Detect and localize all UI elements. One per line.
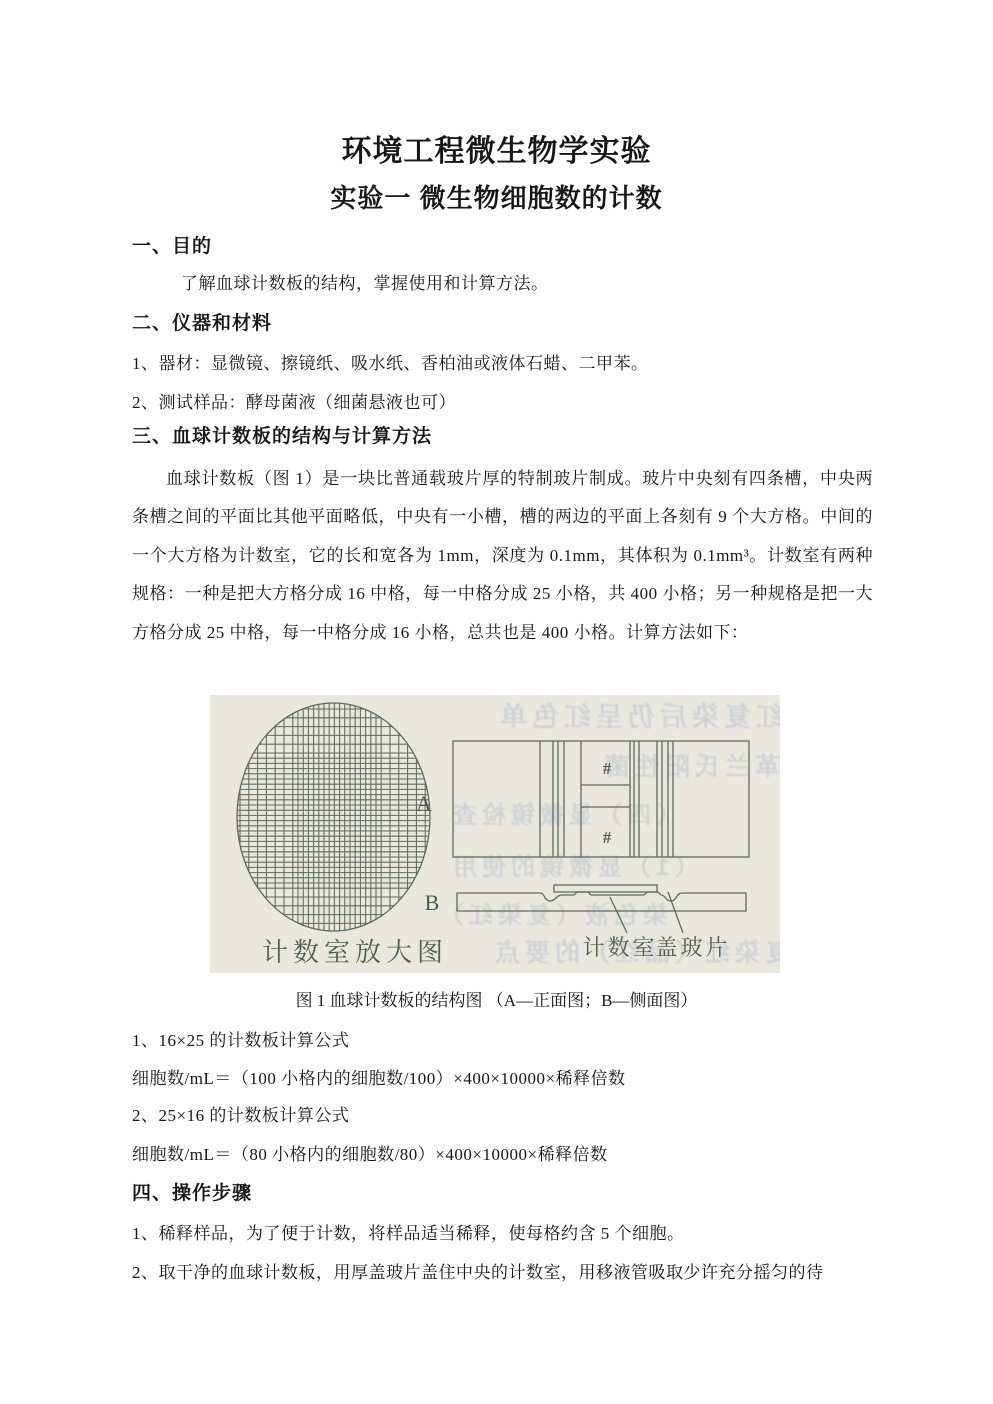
figure-image: 乙醇脱色，用番红复染后仍呈红色单 者为革兰氏阳性菌 （四）显微镜检查 （1）显微… <box>210 695 780 973</box>
cover-glass-label: 盖玻片 <box>655 935 730 960</box>
experiment-title: 实验一 微生物细胞数的计数 <box>0 178 993 215</box>
formula-1-title: 1、16×25 的计数板计算公式 <box>132 1026 349 1051</box>
section-heading-structure: 三、血球计数板的结构与计算方法 <box>132 421 432 448</box>
materials-item-2: 2、测试样品：酵母菌液（细菌悬液也可） <box>132 388 456 413</box>
step-2: 2、取干净的血球计数板，用厚盖玻片盖住中央的计数室，用移液管吸取少许充分摇匀的待 <box>132 1258 824 1283</box>
formula-1: 细胞数/mL＝（100 小格内的细胞数/100）×400×10000×稀释倍数 <box>132 1064 626 1089</box>
side-view-label-b: B <box>425 890 440 915</box>
front-view-diagram: # # <box>453 741 749 857</box>
magnified-view-label: 计数室放大图 <box>262 938 448 967</box>
purpose-text: 了解血球计数板的结构，掌握使用和计算方法。 <box>181 269 549 294</box>
hemocytometer-diagram: 计数室放大图 # # A <box>210 695 780 973</box>
document-title: 环境工程微生物学实验 <box>0 126 993 170</box>
section-heading-steps: 四、操作步骤 <box>132 1178 252 1205</box>
slide-profile-shape <box>457 892 746 911</box>
side-view-diagram <box>457 885 746 933</box>
structure-paragraph: 血球计数板（图 1）是一块比普通载玻片厚的特制玻片制成。玻片中央刻有四条槽，中央… <box>132 460 873 652</box>
document-page: 环境工程微生物学实验 实验一 微生物细胞数的计数 一、目的 了解血球计数板的结构… <box>0 0 993 1404</box>
magnified-grid-circle <box>237 702 431 932</box>
formula-2: 细胞数/mL＝（80 小格内的细胞数/80）×400×10000×稀释倍数 <box>132 1140 608 1165</box>
cover-glass-shape <box>554 885 657 892</box>
formula-2-title: 2、25×16 的计数板计算公式 <box>132 1101 349 1126</box>
hash-mark-bottom: # <box>603 828 612 847</box>
section-heading-purpose: 一、目的 <box>132 231 212 258</box>
step-1: 1、稀释样品，为了便于计数，将样品适当稀释，使每格约含 5 个细胞。 <box>132 1219 685 1244</box>
materials-item-1: 1、器材：显微镜、擦镜纸、吸水纸、香柏油或液体石蜡、二甲苯。 <box>132 349 649 374</box>
counting-chamber-label: 计数室 <box>582 935 657 960</box>
hash-mark-top: # <box>603 759 612 778</box>
section-heading-materials: 二、仪器和材料 <box>132 308 272 335</box>
figure-caption: 图 1 血球计数板的结构图 （A—正面图；B—侧面图） <box>0 986 993 1011</box>
front-view-label-a: A <box>416 791 432 816</box>
